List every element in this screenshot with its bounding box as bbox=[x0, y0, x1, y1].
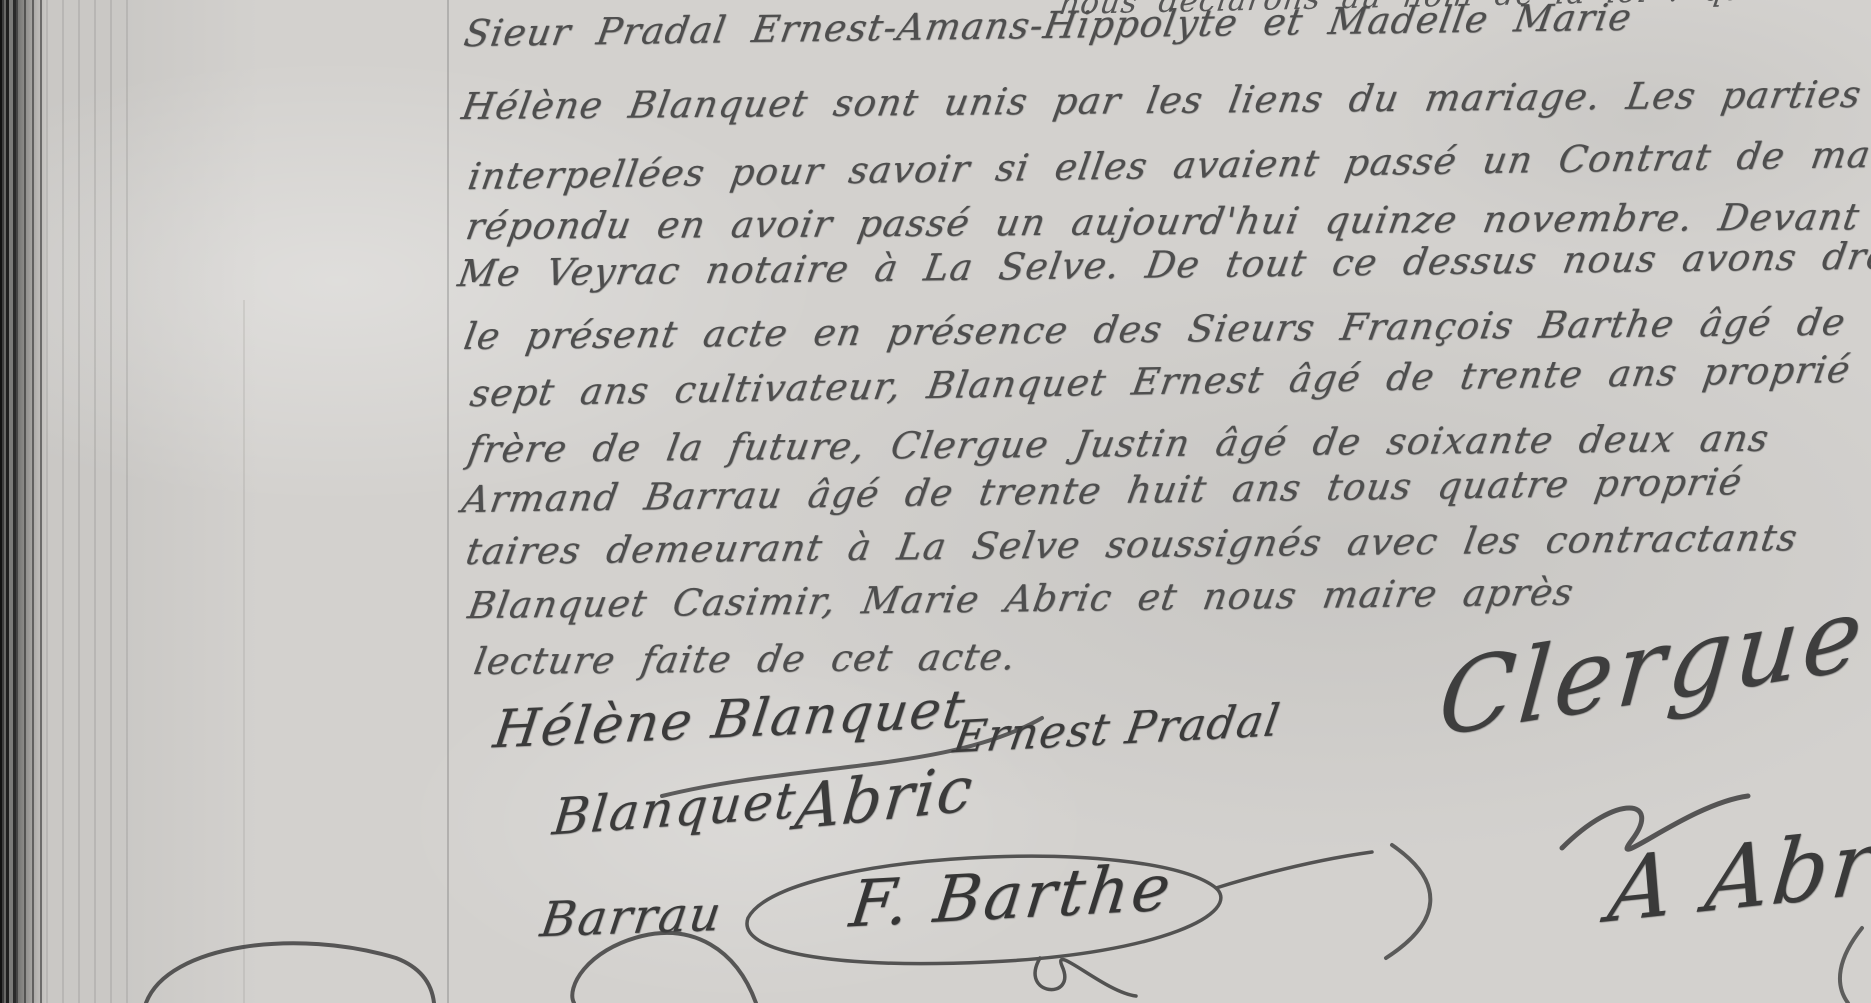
text-line: Blanquet Casimir, Marie Abric et nous ma… bbox=[465, 570, 1577, 627]
paper-creases bbox=[46, 0, 136, 1003]
document-scan: nous déclarons au nom de la loi ! que Si… bbox=[0, 0, 1871, 1003]
text-line: interpellées pour savoir si elles avaien… bbox=[465, 130, 1871, 198]
signature-a-abric: A Abric bbox=[1604, 801, 1871, 943]
signature-blanquet: Blanquet bbox=[550, 771, 800, 847]
text-line: Sieur Pradal Ernest-Amans-Hippolyte et M… bbox=[461, 0, 1635, 55]
signature-abric: Abric bbox=[792, 751, 977, 844]
margin-rule-line bbox=[447, 0, 449, 1003]
text-line: taires demeurant à La Selve soussignés a… bbox=[463, 516, 1801, 573]
edge-stroke-flourish bbox=[1840, 928, 1862, 1003]
signature-barrau: Barrau bbox=[537, 886, 726, 949]
signature-f-barthe: F. Barthe bbox=[846, 851, 1177, 942]
bottom-left-flourish bbox=[146, 943, 434, 1003]
text-line: le présent acte en présence des Sieurs F… bbox=[461, 298, 1871, 358]
text-line: lecture faite de cet acte. bbox=[471, 635, 1020, 683]
binding-edge bbox=[0, 0, 16, 1003]
signature-helene-blanquet: Hélène Blanquet bbox=[490, 679, 970, 760]
text-line: Hélène Blanquet sont unis par les liens … bbox=[459, 73, 1865, 128]
right-paren-flourish bbox=[1386, 845, 1430, 958]
signature-ernest-pradal: Ernest Pradal bbox=[950, 695, 1284, 764]
text-line: sept ans cultivateur, Blanquet Ernest âg… bbox=[467, 348, 1854, 415]
binding-edge-fade bbox=[16, 0, 46, 1003]
page-fold-line bbox=[243, 300, 245, 1003]
